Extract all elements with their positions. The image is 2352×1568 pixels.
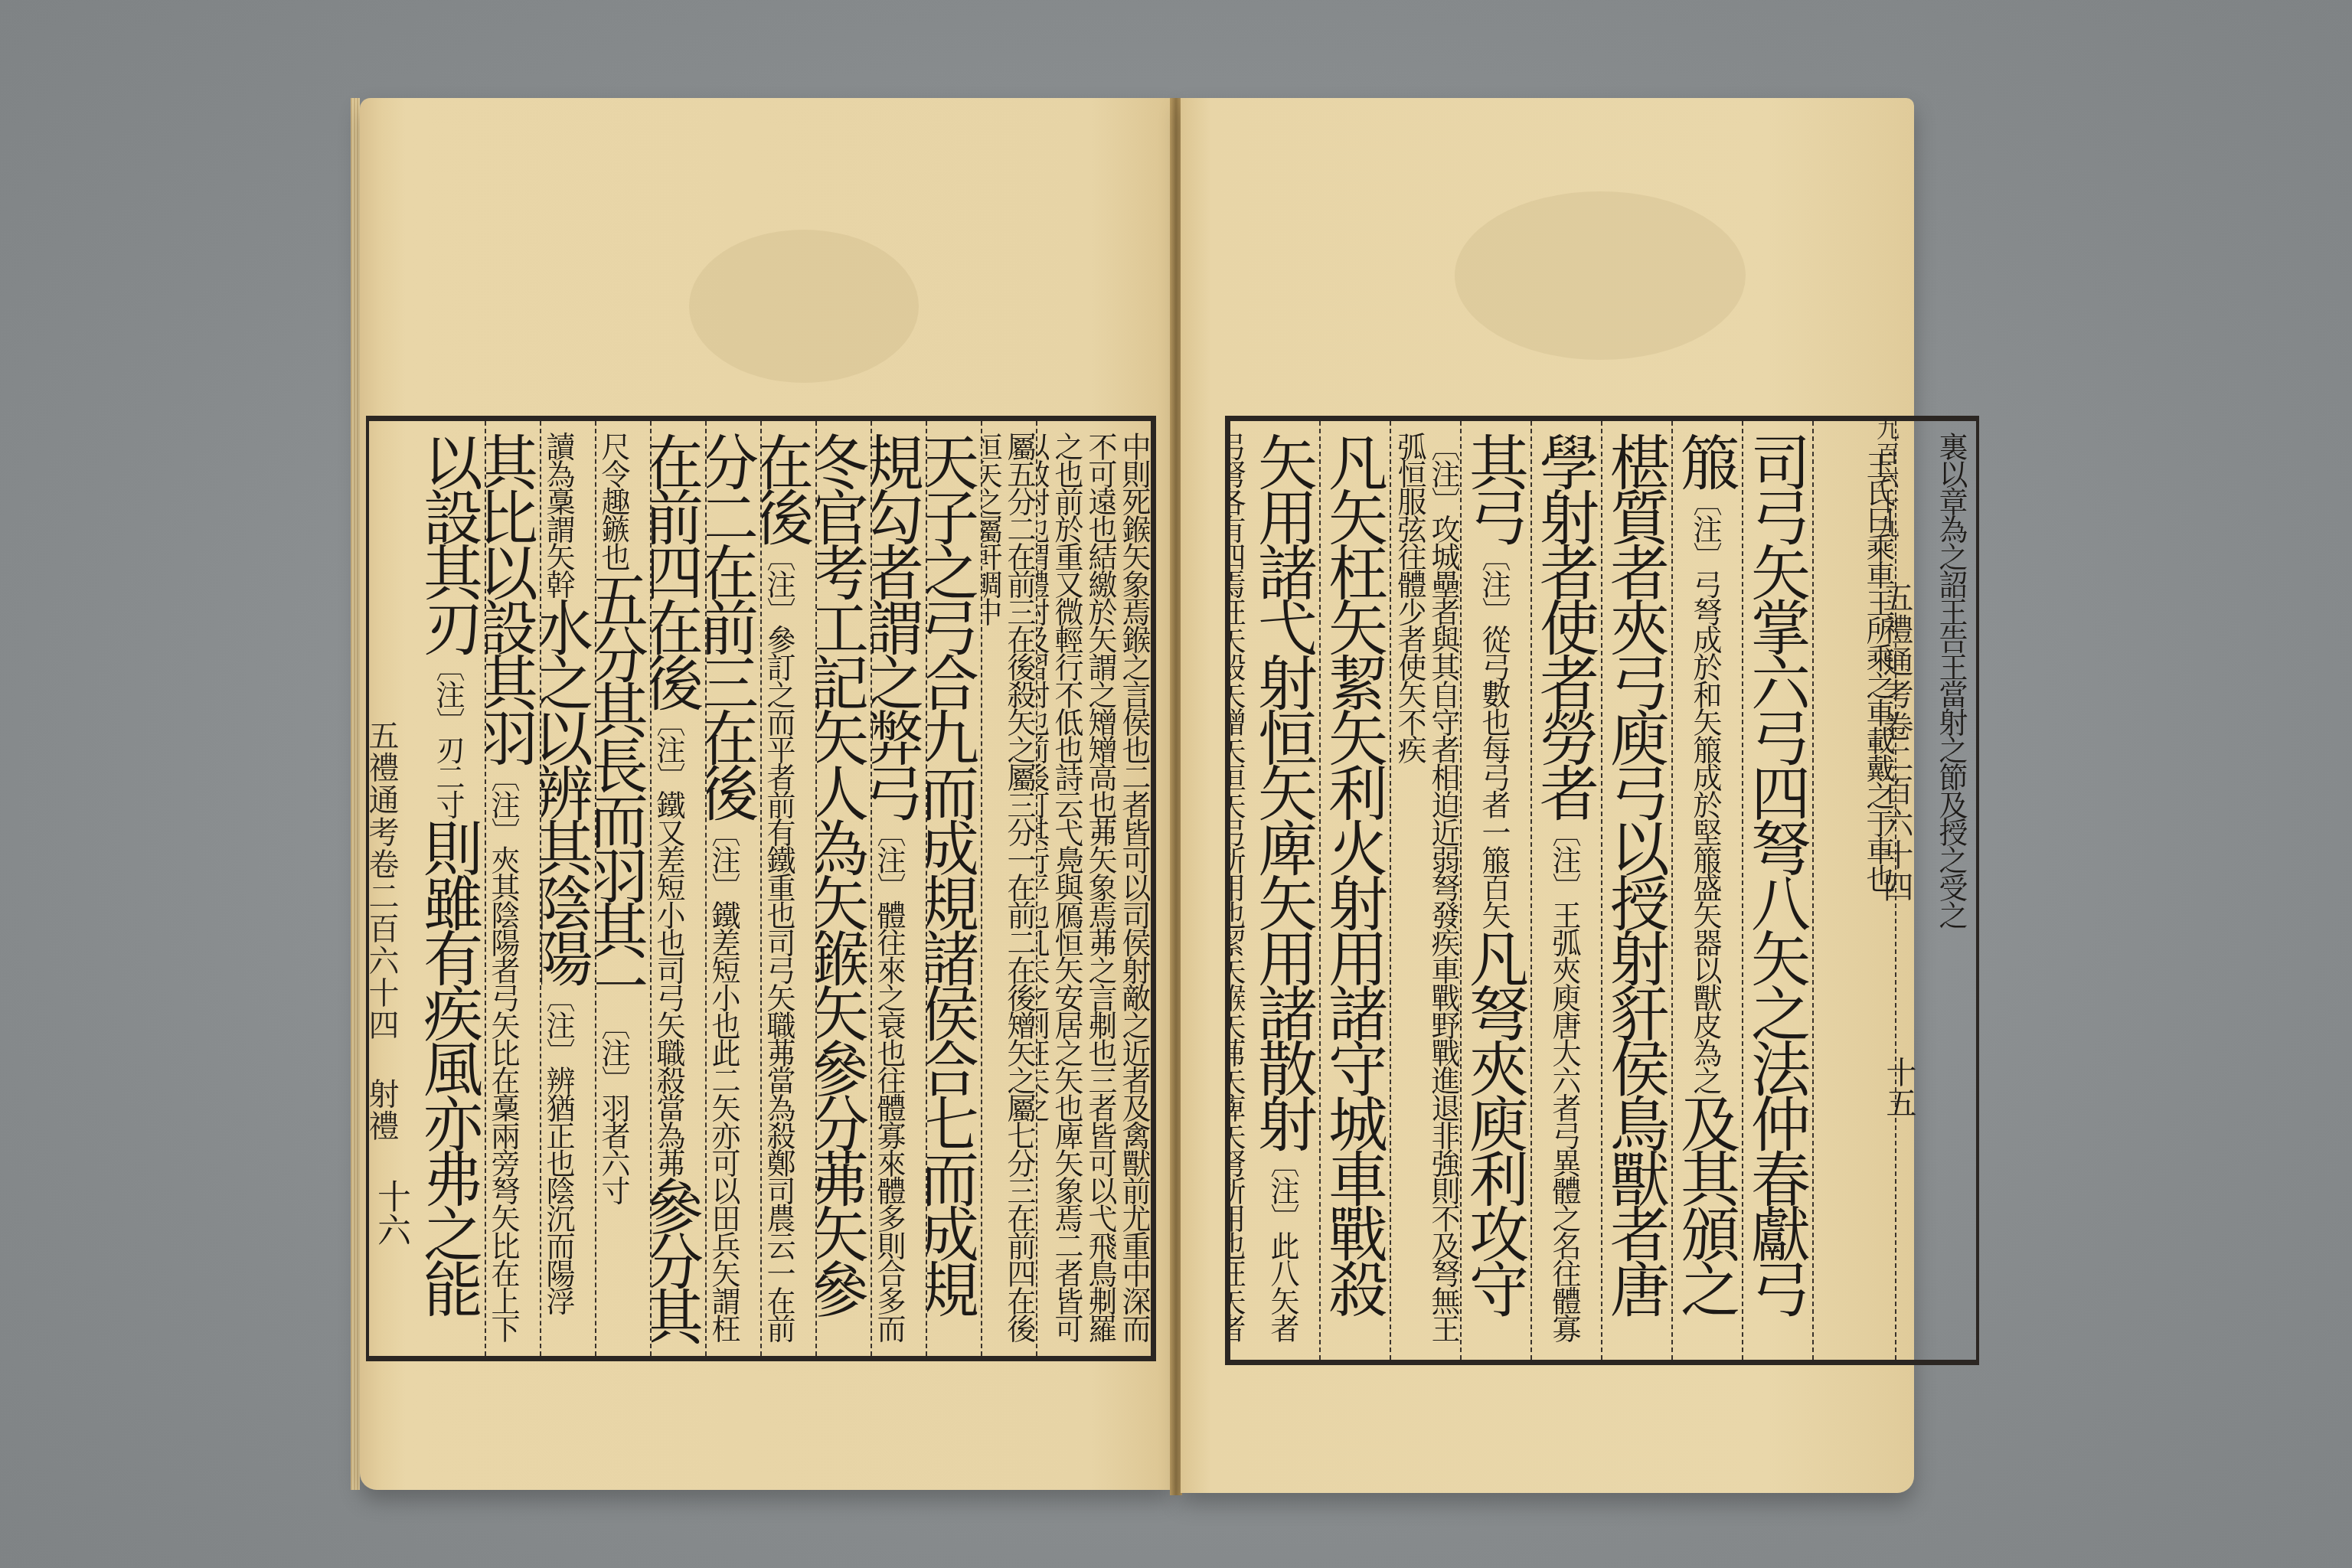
paper-stain [689, 230, 919, 383]
page-number-left: 十六 [366, 1179, 415, 1246]
right-col-7: 其弓〔注〕從弓數也每弓者一箙百矢凡弩夾庾利攻守唐大利車戰野戰 [1460, 421, 1530, 1360]
main-text: 在前四在後 [650, 432, 703, 707]
right-page-columns: 裏以章為之詔王告王當射之節及授之受之 王氏曰乘車王所乘之車載戴之于車也 司弓矢掌… [1230, 421, 1968, 1360]
left-col-4: 規勾者謂之弊弓〔注〕體往來之衰也往體寡來體多則合多而圜往體多來體寡則合小而圜弊猶… [871, 421, 926, 1356]
margin-note: 裏以章為之詔王告王當射之節及授之受之 [1934, 432, 1968, 928]
left-col-3: 天子之弓合九而成規諸侯合七而成規大夫合五而成規士合三而成 [926, 421, 981, 1356]
inline-note: 〔注〕攻城壘者與其自守者相迫近弱弩發疾車戰野戰進退非強則不及弩無王弧恒服弦往體少… [1393, 432, 1460, 1341]
right-col-8: 〔注〕攻城壘者與其自守者相迫近弱弩發疾車戰野戰進退非強則不及弩無王弧恒服弦往體少… [1390, 421, 1460, 1360]
left-col-6: 在後〔注〕參訂之而平者前有鐵重也司弓矢職茀當為殺鄭司農云一在前謂箭稾中鐵莖居參分… [760, 421, 815, 1356]
inline-note: 〔注〕從弓數也每弓者一箙百矢 [1477, 542, 1511, 928]
right-col-10: 矢用諸弋射恒矢庳矢用諸散射〔注〕此八矢者弓弩各有四焉枉矢殺矢矰矢恒矢弓所用也絜矢… [1230, 421, 1319, 1360]
page-number-right: 十五 [1877, 1057, 1921, 1118]
main-text: 五分其長而羽其一 [595, 570, 648, 1011]
inline-note: 〔注〕辨猶正也陰沉而陽浮 [541, 983, 575, 1314]
main-text: 其比以設其羽 [485, 432, 537, 763]
paper-stain [1455, 191, 1746, 360]
right-col-9: 凡矢枉矢絜矢利火射用諸守城車戰殺矢鍭矢用諸近射田獵矰矢茀 [1319, 421, 1390, 1360]
left-col-12: 以設其刃〔注〕刃二寸則雖有疾風亦弗之能憚矣 [424, 421, 485, 1356]
main-text: 以設其刃 [424, 432, 482, 652]
inline-note: 〔注〕參訂之而平者前有鐵重也司弓矢職茀當為殺鄭司農云一在前謂箭稾中鐵莖居參分殺一… [760, 432, 795, 1341]
left-col-8: 在前四在後〔注〕鐵又差短小也司弓矢職殺當為茀參分其長而殺其一 [650, 421, 705, 1356]
inline-note: 〔注〕刃二寸 [431, 652, 465, 818]
right-col-5: 椹質者夾弓庾弓以授射豻侯鳥獸者唐弓大弓以授 [1601, 421, 1671, 1360]
main-text: 水之以辨其陰陽 [540, 597, 593, 983]
main-text: 在後 [760, 432, 813, 542]
inline-note: 讀為稾謂矢幹 [541, 432, 575, 597]
right-col-6: 學射者使者勞者〔注〕王弧夾庾唐大六者弓異體之名往體寡來體多曰王弧往體多來體寡曰夾… [1530, 421, 1601, 1360]
left-page-edges [351, 98, 360, 1490]
left-col-10: 讀為稾謂矢幹水之以辨其陰陽〔注〕辨猶正也陰沉而陽浮 [540, 421, 595, 1356]
inline-note: 〔注〕弓弩成於和矢箙成於堅箙盛矢器以獸皮為之 [1688, 487, 1722, 1093]
left-col-5: 冬官考工記矢人為矢鍭矢參分茀矢參分一在前二 [815, 421, 871, 1356]
top-margin-count: 九百六十九 [1868, 417, 1902, 540]
left-page-columns: 中則死鍭矢象焉鍭之言侯也二者皆可以司侯射敵之近者及禽獸前尤重中深而不可遠也結繳於… [371, 421, 1151, 1356]
inline-note: 屬五分二在前三在後殺矢之屬三分一在前二在後矰矢之屬七分三在前四在後恒矢之屬軒輖中 [981, 432, 1036, 1341]
inline-note: 〔注〕鐵又差短小也司弓矢職殺當為茀 [652, 707, 685, 1176]
main-text: 司弓矢掌六弓四弩八矢之法仲春獻弓弩仲秋獻矢 [1742, 432, 1810, 1314]
inline-note: 中則死鍭矢象焉鍭之言侯也二者皆可以司侯射敵之近者及禽獸前尤重中深而不可遠也結繳於… [1036, 432, 1151, 1341]
right-col-4: 箙〔注〕弓弩成於和矢箙成於堅箙盛矢器以獸皮為之及其頒之王弓弧弓以授射甲革 [1671, 421, 1742, 1360]
main-text: 其弓 [1460, 432, 1528, 542]
running-title-right: 五禮通考卷二百六十四 [1874, 582, 1918, 1072]
main-text: 矢用諸弋射恒矢庳矢用諸散射 [1248, 432, 1317, 1148]
main-text: 冬官考工記矢人為矢鍭矢參分茀矢參分一在前二 [815, 432, 868, 1314]
running-title-left: 五禮通考卷二百六十四 射禮 [360, 720, 403, 1194]
main-text: 規勾者謂之弊弓 [871, 432, 923, 818]
inline-note: 尺令趣鏃也 [596, 432, 630, 570]
main-text: 分二在前三在後 [705, 432, 758, 818]
main-text: 學射者使者勞者 [1530, 432, 1599, 818]
main-text: 凡矢枉矢絜矢利火射用諸守城車戰殺矢鍭矢用諸近射田獵矰矢茀 [1319, 432, 1387, 1314]
left-col-11: 其比以設其羽〔注〕夾其陰陽者弓矢比在稾兩旁弩矢比在上下設羽於四角鄭司農云比謂括也 [485, 421, 540, 1356]
left-col-2: 屬五分二在前三在後殺矢之屬三分一在前二在後矰矢之屬七分三在前四在後恒矢之屬軒輖中 [981, 421, 1036, 1356]
main-text: 箙 [1671, 432, 1739, 487]
left-col-9: 尺令趣鏃也五分其長而羽其一〔注〕羽者六寸 [595, 421, 650, 1356]
inline-note: 〔注〕羽者六寸 [596, 1011, 630, 1204]
left-col-1: 中則死鍭矢象焉鍭之言侯也二者皆可以司侯射敵之近者及禽獸前尤重中深而不可遠也結繳於… [1036, 421, 1151, 1356]
right-col-3: 司弓矢掌六弓四弩八矢之法仲春獻弓弩仲秋獻矢 [1742, 421, 1812, 1360]
main-text: 天子之弓合九而成規諸侯合七而成規大夫合五而成規士合三而成 [926, 432, 978, 1314]
main-text: 椹質者夾弓庾弓以授射豻侯鳥獸者唐弓大弓以授 [1601, 432, 1669, 1314]
left-col-7: 分二在前三在後〔注〕鐵差短小也此二矢亦可以田兵矢謂枉矢絜矢田矢謂矰矢殺矢七分三 [705, 421, 760, 1356]
